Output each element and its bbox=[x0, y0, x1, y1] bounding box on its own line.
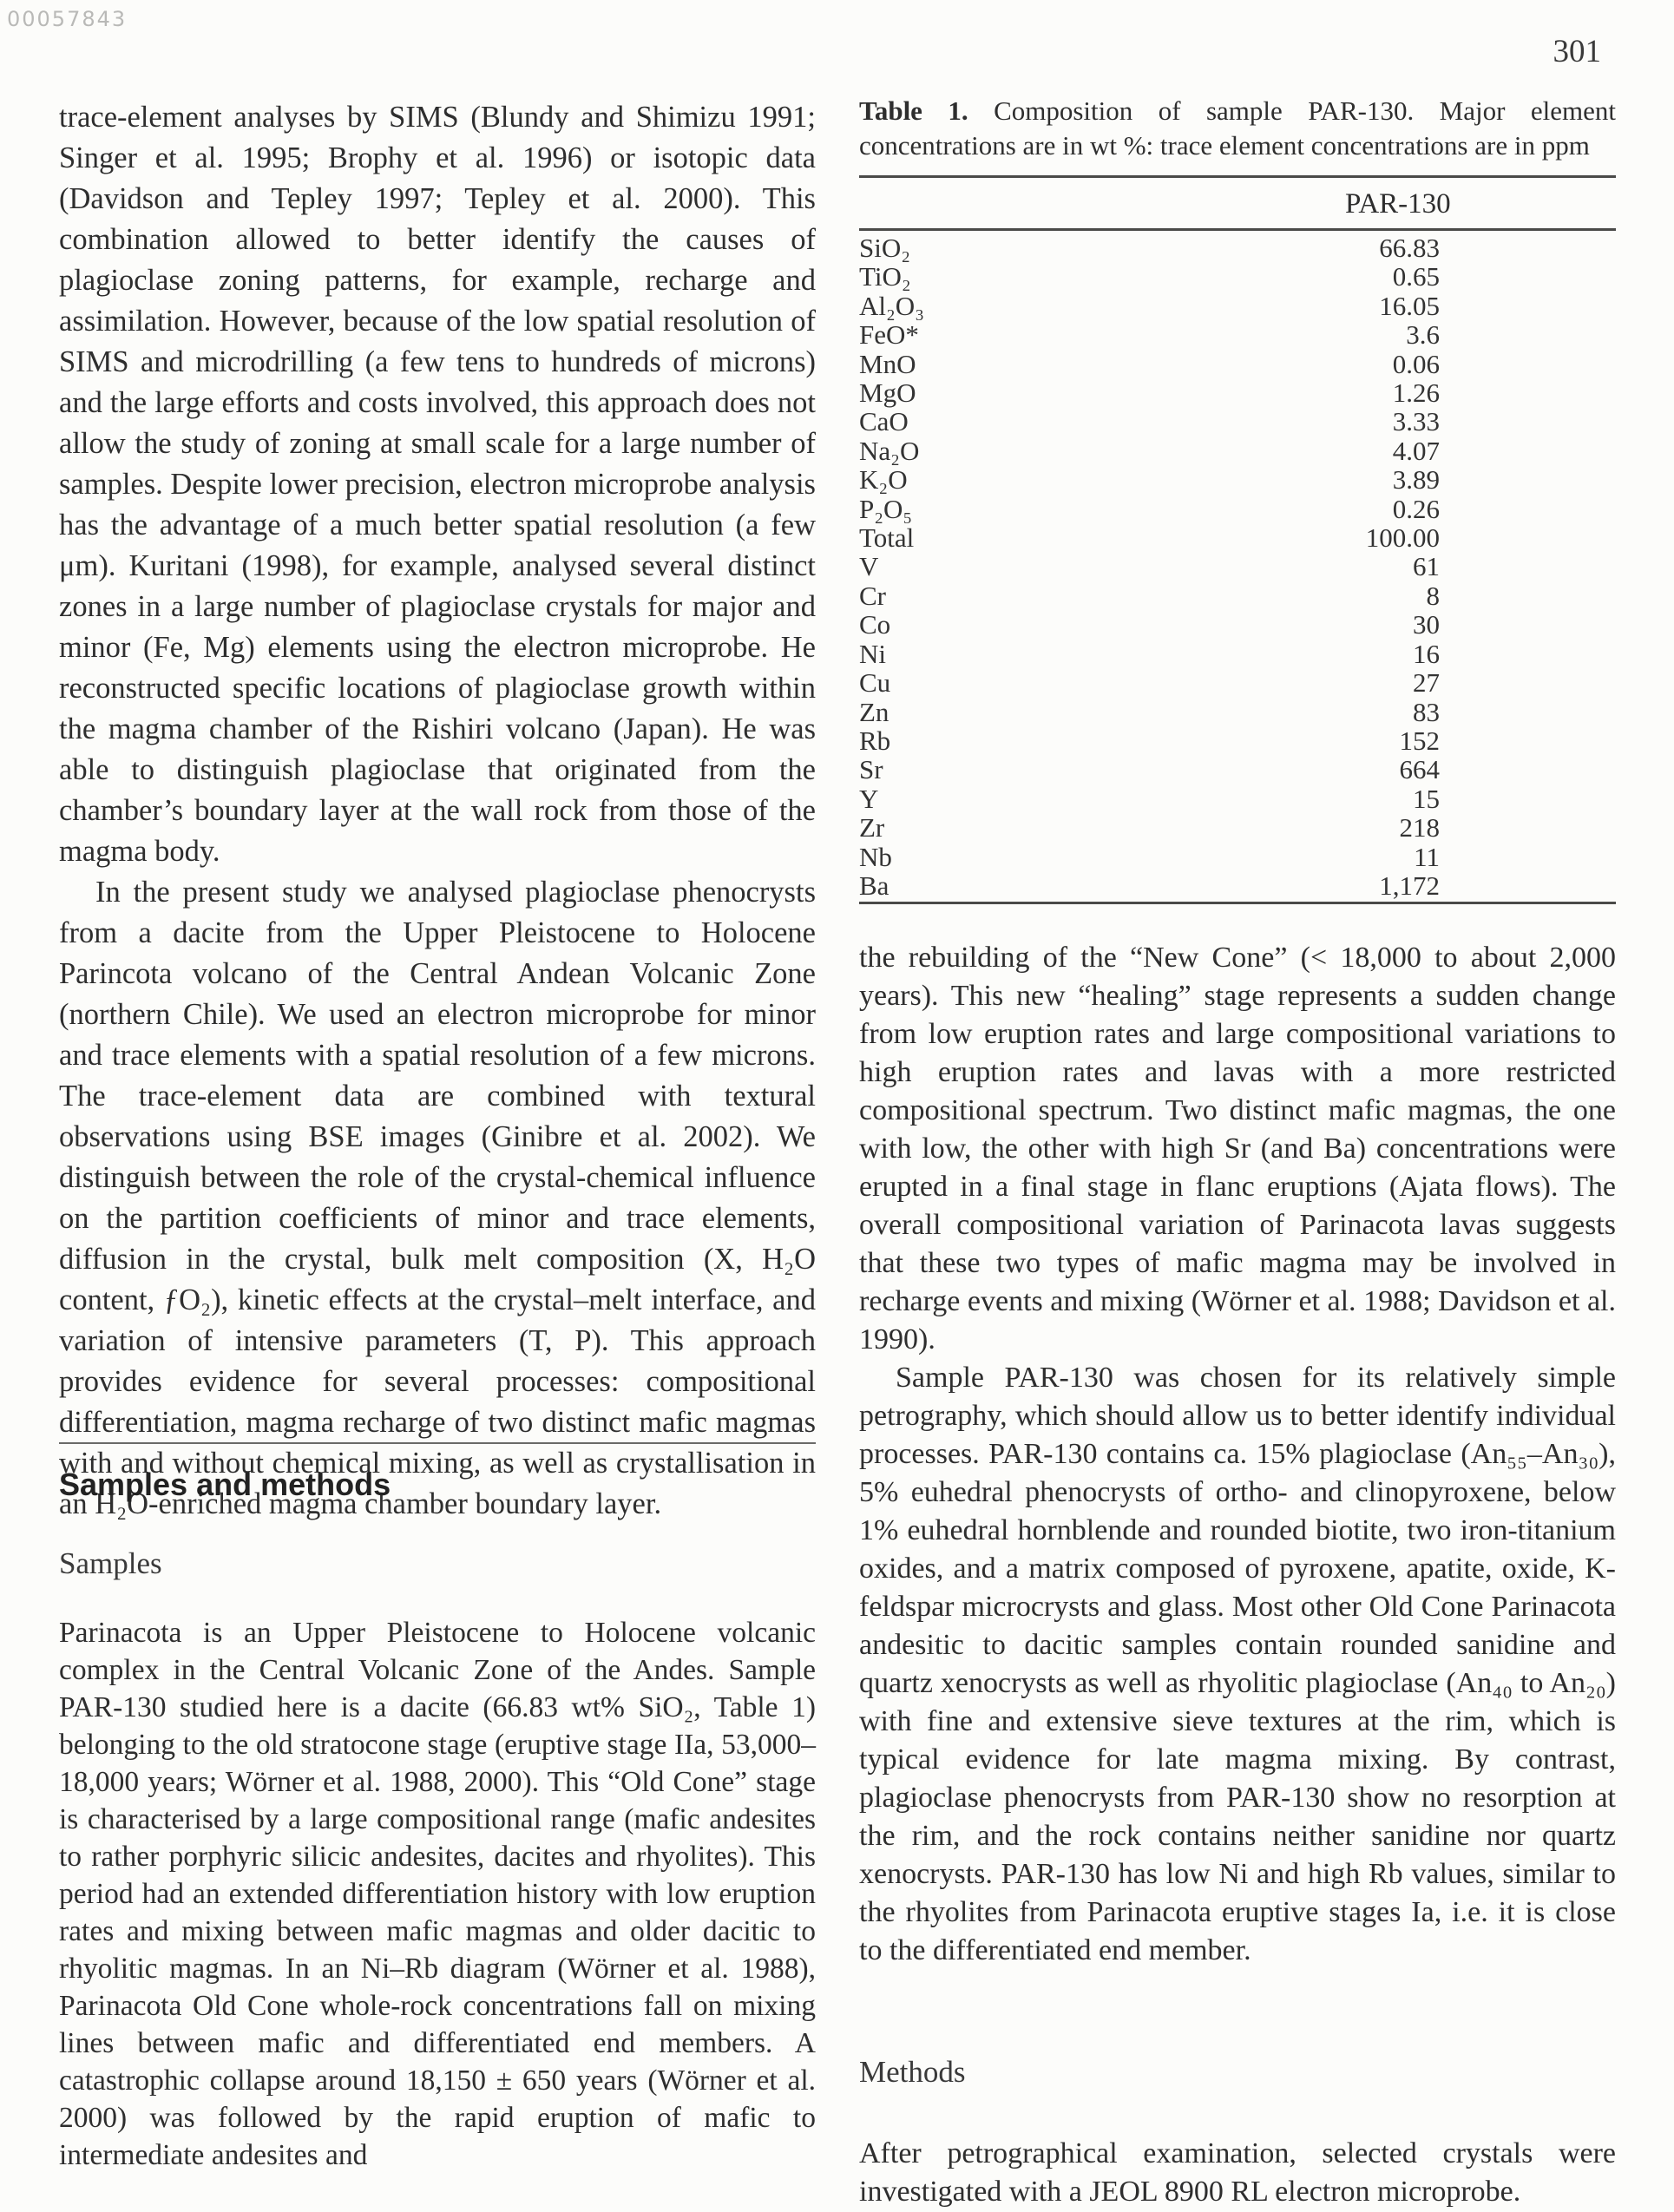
right-column: the rebuilding of the “New Cone” (< 18,0… bbox=[859, 939, 1616, 1970]
value-cell: 1.26 bbox=[1393, 378, 1440, 407]
element-cell: Ba bbox=[859, 871, 889, 900]
value-cell: 61 bbox=[1413, 552, 1440, 581]
table-row: Al₂O₃ 16.05 bbox=[859, 292, 1616, 320]
paragraph-sample-par130: Sample PAR-130 was chosen for its relati… bbox=[859, 1359, 1616, 1970]
table-row: MnO 0.06 bbox=[859, 350, 1616, 378]
value-cell: 664 bbox=[1400, 755, 1441, 784]
table-body: SiO₂ 66.83 TiO₂ 0.65 Al₂O₃ 16.05 FeO* 3.… bbox=[859, 231, 1616, 902]
value-cell: 100.00 bbox=[1366, 523, 1440, 552]
table-row: TiO₂ 0.65 bbox=[859, 262, 1616, 291]
element-cell: Na₂O bbox=[859, 436, 919, 465]
element-cell: Co bbox=[859, 610, 890, 639]
table-row: Y 15 bbox=[859, 784, 1616, 813]
paragraph-parinacota: Parinacota is an Upper Pleistocene to Ho… bbox=[59, 1614, 816, 2174]
table-caption-label: Table 1. bbox=[859, 95, 968, 126]
value-cell: 27 bbox=[1413, 668, 1440, 697]
value-cell: 3.89 bbox=[1393, 465, 1440, 494]
table-row: Cr 8 bbox=[859, 581, 1616, 610]
paragraph-trace-element: trace-element analyses by SIMS (Blundy a… bbox=[59, 97, 816, 872]
value-cell: 11 bbox=[1414, 843, 1440, 871]
table-row: CaO 3.33 bbox=[859, 407, 1616, 436]
table-caption: Table 1. Composition of sample PAR-130. … bbox=[859, 94, 1616, 163]
paragraph-new-cone: the rebuilding of the “New Cone” (< 18,0… bbox=[859, 939, 1616, 1359]
value-cell: 1,172 bbox=[1379, 871, 1440, 900]
element-cell: Zn bbox=[859, 698, 889, 726]
element-cell: Ni bbox=[859, 640, 886, 668]
page-number: 301 bbox=[1553, 33, 1602, 70]
section-heading: Samples and methods bbox=[59, 1467, 816, 1503]
element-cell: Total bbox=[859, 523, 914, 552]
table-row: Rb 152 bbox=[859, 726, 1616, 755]
value-cell: 83 bbox=[1413, 698, 1440, 726]
table-bottom-rule bbox=[859, 902, 1616, 904]
element-cell: V bbox=[859, 552, 878, 581]
element-cell: Zr bbox=[859, 813, 884, 842]
element-cell: K₂O bbox=[859, 465, 908, 494]
value-cell: 16.05 bbox=[1379, 292, 1440, 320]
element-cell: Y bbox=[859, 784, 878, 813]
subsection-heading-methods: Methods bbox=[859, 2055, 1616, 2090]
element-cell: TiO₂ bbox=[859, 262, 911, 291]
value-cell: 30 bbox=[1413, 610, 1440, 639]
table-row: Na₂O 4.07 bbox=[859, 436, 1616, 465]
element-cell: MnO bbox=[859, 350, 916, 378]
table-caption-text: Composition of sample PAR-130. Major ele… bbox=[859, 95, 1616, 161]
value-cell: 3.6 bbox=[1406, 320, 1440, 349]
value-cell: 218 bbox=[1400, 813, 1441, 842]
section-divider-rule bbox=[59, 1442, 816, 1444]
table-column-header: PAR-130 bbox=[859, 178, 1616, 228]
value-cell: 0.65 bbox=[1393, 262, 1440, 291]
table-row: Total 100.00 bbox=[859, 523, 1616, 552]
value-cell: 0.26 bbox=[1393, 495, 1440, 523]
element-cell: FeO* bbox=[859, 320, 919, 349]
element-cell: MgO bbox=[859, 378, 916, 407]
table-row: Co 30 bbox=[859, 610, 1616, 639]
value-cell: 16 bbox=[1413, 640, 1440, 668]
table-row: Sr 664 bbox=[859, 755, 1616, 784]
left-column: trace-element analyses by SIMS (Blundy a… bbox=[59, 97, 816, 1525]
table-row: SiO₂ 66.83 bbox=[859, 233, 1616, 262]
table-row: Zr 218 bbox=[859, 813, 1616, 842]
value-cell: 66.83 bbox=[1379, 233, 1440, 262]
element-cell: Al₂O₃ bbox=[859, 292, 924, 320]
element-cell: Nb bbox=[859, 843, 892, 871]
value-cell: 4.07 bbox=[1393, 436, 1440, 465]
table-row: MgO 1.26 bbox=[859, 378, 1616, 407]
table-row: Zn 83 bbox=[859, 698, 1616, 726]
element-cell: CaO bbox=[859, 407, 909, 436]
value-cell: 15 bbox=[1413, 784, 1440, 813]
table-row: FeO* 3.6 bbox=[859, 320, 1616, 349]
table-row: Cu 27 bbox=[859, 668, 1616, 697]
table-row: Nb 11 bbox=[859, 843, 1616, 871]
element-cell: SiO₂ bbox=[859, 233, 910, 262]
subsection-heading-samples: Samples bbox=[59, 1546, 816, 1581]
paragraph-present-study: In the present study we analysed plagioc… bbox=[59, 872, 816, 1525]
element-cell: Sr bbox=[859, 755, 883, 784]
element-cell: P₂O₅ bbox=[859, 495, 912, 523]
table-row: V 61 bbox=[859, 552, 1616, 581]
scan-artifact-number: 00057843 bbox=[7, 7, 127, 31]
value-cell: 152 bbox=[1400, 726, 1441, 755]
table-row: Ba 1,172 bbox=[859, 871, 1616, 900]
value-cell: 8 bbox=[1427, 581, 1441, 610]
value-cell: 0.06 bbox=[1393, 350, 1440, 378]
table-row: K₂O 3.89 bbox=[859, 465, 1616, 494]
element-cell: Cu bbox=[859, 668, 890, 697]
section-samples-and-methods: Samples and methods Samples Parinacota i… bbox=[59, 1442, 816, 2174]
table-row: P₂O₅ 0.26 bbox=[859, 495, 1616, 523]
value-cell: 3.33 bbox=[1393, 407, 1440, 436]
paragraph-methods: After petrographical examination, select… bbox=[859, 2135, 1616, 2211]
journal-page: 00057843 301 trace-element analyses by S… bbox=[0, 0, 1674, 2212]
element-cell: Cr bbox=[859, 581, 886, 610]
table-1: Table 1. Composition of sample PAR-130. … bbox=[859, 94, 1616, 904]
table-row: Ni 16 bbox=[859, 640, 1616, 668]
element-cell: Rb bbox=[859, 726, 890, 755]
